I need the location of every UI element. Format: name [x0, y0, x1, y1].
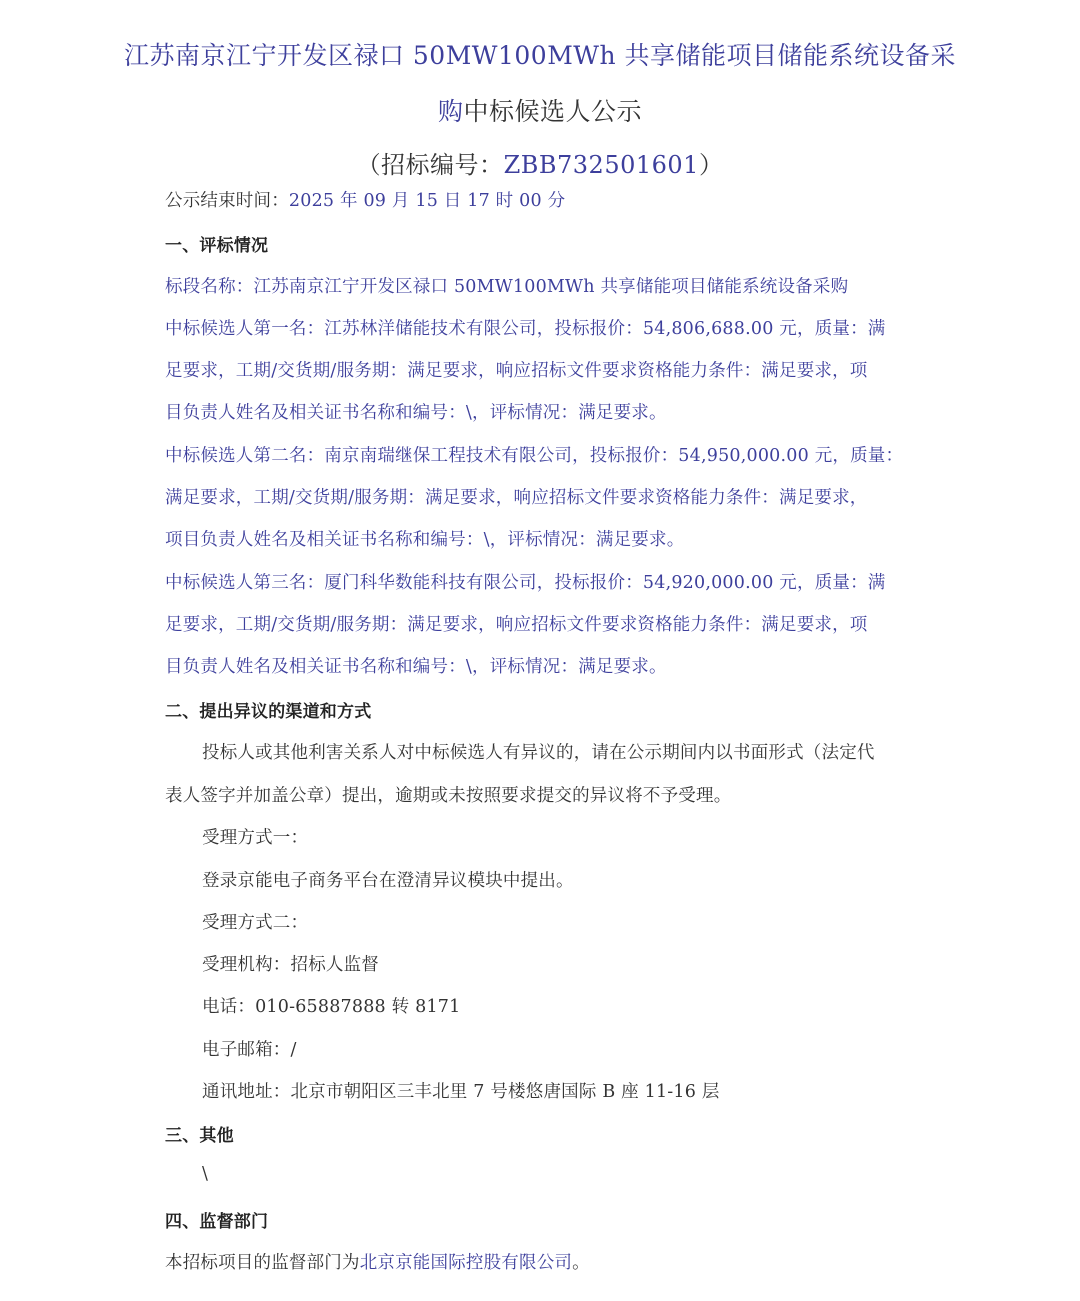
- objection-para-line-1: 投标人或其他利害关系人对中标候选人有异议的，请在公示期间内以书面形式（法定代: [202, 739, 875, 764]
- candidate-2-line-3: 项目负责人姓名及相关证书名称和编号：\，评标情况：满足要求。: [165, 526, 684, 551]
- tender-number-label: （招标编号：: [357, 151, 504, 179]
- candidate-2-line-2: 满足要求，工期/交货期/服务期：满足要求，响应招标文件要求资格能力条件：满足要求…: [165, 484, 868, 509]
- section-2-heading: 二、提出异议的渠道和方式: [165, 697, 371, 722]
- method-1-label: 受理方式一：: [202, 824, 308, 849]
- tender-number-close: ）: [699, 151, 724, 179]
- candidate-3-line-3: 目负责人姓名及相关证书名称和编号：\，评标情况：满足要求。: [165, 653, 667, 678]
- method-2-label: 受理方式二：: [202, 909, 308, 934]
- supervision-org: 北京京能国际控股有限公司: [360, 1253, 572, 1273]
- lot-name: 标段名称：江苏南京江宁开发区禄口 50MW100MWh 共享储能项目储能系统设备…: [165, 273, 848, 298]
- agency: 受理机构：招标人监督: [202, 951, 379, 976]
- section-4-heading: 四、监督部门: [165, 1207, 268, 1232]
- tender-number: （招标编号：ZBB732501601）: [0, 145, 1080, 180]
- tender-number-value: ZBB732501601: [504, 151, 699, 179]
- objection-para-line-2: 表人签字并加盖公章）提出，逾期或未按照要求提交的异议将不予受理。: [165, 782, 731, 807]
- section-1-heading: 一、评标情况: [165, 231, 268, 256]
- email: 电子邮箱：/: [202, 1036, 297, 1061]
- candidate-3-line-2: 足要求，工期/交货期/服务期：满足要求，响应招标文件要求资格能力条件：满足要求，…: [165, 611, 868, 636]
- candidate-1-line-1: 中标候选人第一名：江苏林洋储能技术有限公司，投标报价：54,806,688.00…: [165, 315, 886, 340]
- section-3-content: \: [202, 1164, 208, 1184]
- address: 通讯地址：北京市朝阳区三丰北里 7 号楼悠唐国际 B 座 11-16 层: [202, 1078, 720, 1103]
- end-time-label: 公示结束时间：: [165, 191, 289, 211]
- supervision-suffix: 。: [572, 1253, 590, 1273]
- candidate-2-line-1: 中标候选人第二名：南京南瑞继保工程技术有限公司，投标报价：54,950,000.…: [165, 442, 903, 467]
- candidate-1-line-3: 目负责人姓名及相关证书名称和编号：\，评标情况：满足要求。: [165, 399, 667, 424]
- title-line-2-blue: 购: [438, 97, 464, 126]
- end-time: 公示结束时间：2025 年 09 月 15 日 17 时 00 分: [165, 187, 565, 212]
- supervision-prefix: 本招标项目的监督部门为: [165, 1253, 360, 1273]
- candidate-1-line-2: 足要求，工期/交货期/服务期：满足要求，响应招标文件要求资格能力条件：满足要求，…: [165, 357, 868, 382]
- phone: 电话：010-65887888 转 8171: [202, 993, 460, 1018]
- supervision-text: 本招标项目的监督部门为北京京能国际控股有限公司。: [165, 1249, 590, 1274]
- title-line-1: 江苏南京江宁开发区禄口 50MW100MWh 共享储能项目储能系统设备采: [0, 36, 1080, 72]
- title-line-2-dark: 中标候选人公示: [464, 97, 643, 126]
- title-line-2: 购中标候选人公示: [0, 92, 1080, 128]
- method-1-text: 登录京能电子商务平台在澄清异议模块中提出。: [202, 867, 574, 892]
- candidate-3-line-1: 中标候选人第三名：厦门科华数能科技有限公司，投标报价：54,920,000.00…: [165, 569, 886, 594]
- end-time-value: 2025 年 09 月 15 日 17 时 00 分: [289, 191, 565, 211]
- section-3-heading: 三、其他: [165, 1121, 234, 1146]
